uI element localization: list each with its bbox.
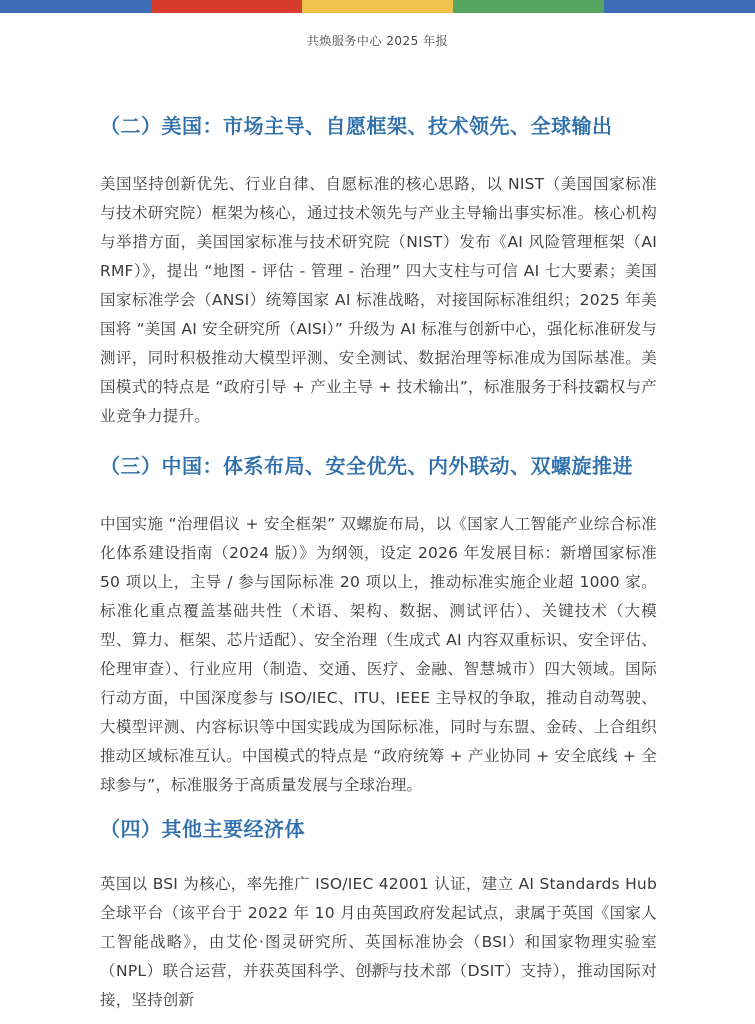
page-number: 145 xyxy=(366,960,390,975)
section-heading-china: （三）中国：体系布局、安全优先、内外联动、双螺旋推进 xyxy=(100,453,657,479)
section-body-china: 中国实施 “治理倡议 + 安全框架” 双螺旋布局，以《国家人工智能产业综合标准化… xyxy=(100,510,657,800)
page-content: （二）美国：市场主导、自愿框架、技术领先、全球输出 美国坚持创新优先、行业自律、… xyxy=(100,113,657,1015)
section-body-other-economies: 英国以 BSI 为核心，率先推广 ISO/IEC 42001 认证，建立 AI … xyxy=(100,870,657,1015)
color-bar-segment-yellow xyxy=(302,0,453,13)
color-bar-segment-green xyxy=(453,0,604,13)
section-heading-usa: （二）美国：市场主导、自愿框架、技术领先、全球输出 xyxy=(100,113,657,139)
section-body-usa: 美国坚持创新优先、行业自律、自愿标准的核心思路，以 NIST（美国国家标准与技术… xyxy=(100,170,657,431)
color-bar-segment-blue-left xyxy=(0,0,151,13)
running-header-title: 共焕服务中心 2025 年报 xyxy=(0,32,755,49)
color-bar-segment-red xyxy=(151,0,302,13)
section-heading-other-economies: （四）其他主要经济体 xyxy=(100,816,657,842)
page-footer: 145 xyxy=(0,960,755,975)
document-page: 共焕服务中心 2025 年报 （二）美国：市场主导、自愿框架、技术领先、全球输出… xyxy=(0,0,755,1024)
color-bar-segment-blue-right xyxy=(604,0,755,13)
top-color-bar xyxy=(0,0,755,13)
